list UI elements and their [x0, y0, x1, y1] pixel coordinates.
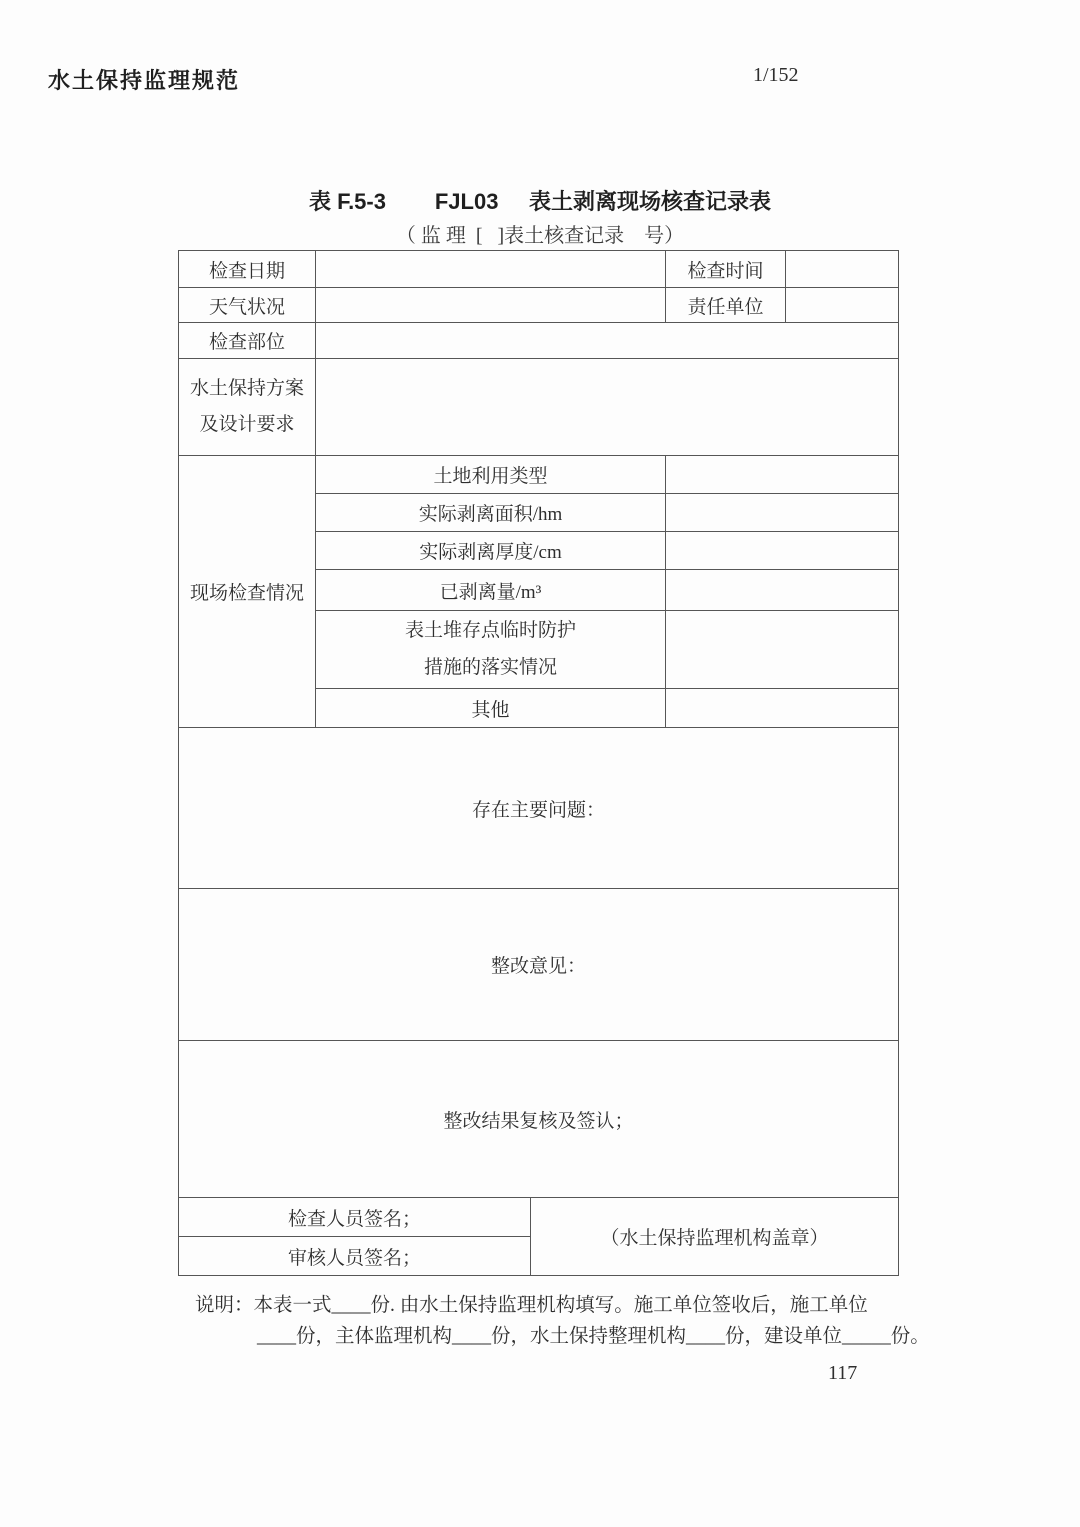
site-check-item-label: 实际剥离厚度/cm	[316, 532, 666, 570]
table-row: 整改结果复核及签认；	[179, 1041, 899, 1198]
form-instructions-line1: 说明：本表一式____份. 由水土保持监理机构填写。施工单位签收后，施工单位	[195, 1290, 935, 1321]
inspect-part-label: 检查部位	[179, 323, 316, 359]
form-instructions-line2: ____份，主体监理机构____份，水土保持整理机构____份，建设单位____…	[195, 1321, 935, 1352]
site-check-item-value	[666, 611, 899, 689]
site-check-item-value	[666, 532, 899, 570]
page-number: 117	[828, 1362, 857, 1385]
form-title: 表 F.5-3 FJL03 表土剥离现场核查记录表	[0, 185, 1080, 216]
site-check-item-label: 实际剥离面积/hm	[316, 494, 666, 532]
site-check-item-value	[666, 494, 899, 532]
site-check-item-value	[666, 570, 899, 611]
site-check-item-label: 其他	[316, 689, 666, 728]
table-row: 天气状况 责任单位	[179, 288, 899, 323]
inspect-time-value	[786, 251, 899, 288]
table-row: 检查人员签名； （水土保持监理机构盖章）	[179, 1198, 899, 1237]
document-page: 水土保持监理规范 1/152 表 F.5-3 FJL03 表土剥离现场核查记录表…	[0, 0, 1080, 1527]
responsible-unit-value	[786, 288, 899, 323]
table-row: 现场检查情况 土地利用类型	[179, 456, 899, 494]
responsible-unit-label: 责任单位	[666, 288, 786, 323]
weather-value	[316, 288, 666, 323]
inspect-date-value	[316, 251, 666, 288]
plan-requirements-value	[316, 359, 899, 456]
reviewer-signature-label: 审核人员签名；	[179, 1237, 531, 1276]
table-row: 存在主要问题：	[179, 728, 899, 889]
inspect-date-label: 检查日期	[179, 251, 316, 288]
site-check-item-value	[666, 456, 899, 494]
main-problems-section: 存在主要问题：	[179, 728, 899, 889]
site-check-label: 现场检查情况	[179, 456, 316, 728]
rectification-opinion-section: 整改意见：	[179, 889, 899, 1041]
supervision-agency-stamp-label: （水土保持监理机构盖章）	[531, 1198, 899, 1276]
inspect-part-value	[316, 323, 899, 359]
table-row: 整改意见：	[179, 889, 899, 1041]
site-check-item-label: 已剥离量/m³	[316, 570, 666, 611]
weather-label: 天气状况	[179, 288, 316, 323]
document-header-title: 水土保持监理规范	[48, 64, 240, 95]
site-check-item-value	[666, 689, 899, 728]
rectification-review-section: 整改结果复核及签认；	[179, 1041, 899, 1198]
document-header-page-indicator: 1/152	[753, 64, 799, 87]
inspect-time-label: 检查时间	[666, 251, 786, 288]
site-check-item-label: 土地利用类型	[316, 456, 666, 494]
table-row: 检查日期 检查时间	[179, 251, 899, 288]
site-check-item-label: 表土堆存点临时防护 措施的落实情况	[316, 611, 666, 689]
form-subtitle: （ 监 理 [ ]表土核查记录 号）	[0, 219, 1080, 248]
table-row: 检查部位	[179, 323, 899, 359]
table-row: 水土保持方案 及设计要求	[179, 359, 899, 456]
form-instructions: 说明：本表一式____份. 由水土保持监理机构填写。施工单位签收后，施工单位 _…	[195, 1290, 935, 1352]
inspector-signature-label: 检查人员签名；	[179, 1198, 531, 1237]
record-form-table: 检查日期 检查时间 天气状况 责任单位 检查部位 水土保持方案 及设计要求 现场…	[178, 250, 899, 1276]
plan-requirements-label: 水土保持方案 及设计要求	[179, 359, 316, 456]
